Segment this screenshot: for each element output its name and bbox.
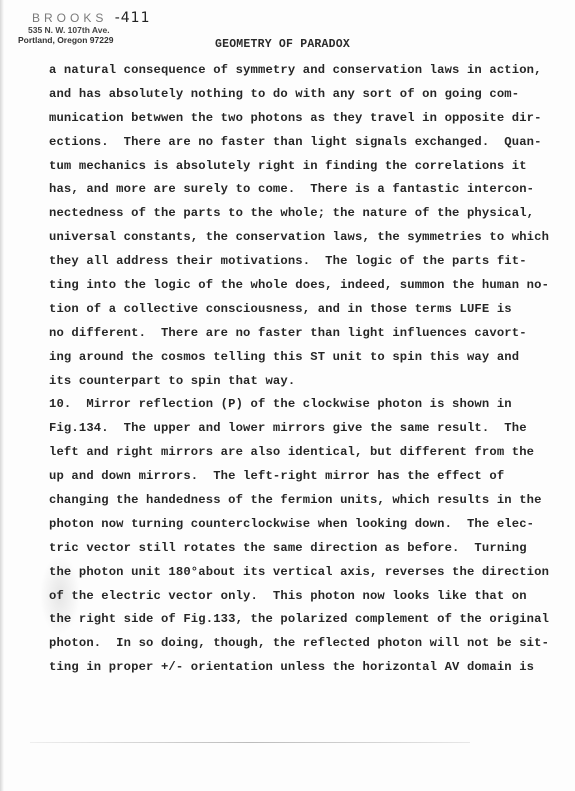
text-line: they all address their motivations. The … bbox=[49, 250, 569, 274]
stamp-name: BROOKS bbox=[32, 11, 107, 25]
address-stamp: BROOKS -411 535 N. W. 107th Ave. Portlan… bbox=[18, 12, 150, 45]
text-line: tric vector still rotates the same direc… bbox=[49, 537, 569, 561]
scan-artifact-line bbox=[30, 742, 470, 743]
text-line: ting in proper +/- orientation unless th… bbox=[49, 656, 569, 680]
text-line: photon now turning counterclockwise when… bbox=[49, 513, 569, 537]
text-line: 10. Mirror reflection (P) of the clockwi… bbox=[49, 393, 569, 417]
text-line: left and right mirrors are also identica… bbox=[49, 441, 569, 465]
page-title: GEOMETRY OF PARADOX bbox=[215, 38, 350, 51]
scan-edge-shadow bbox=[0, 0, 4, 791]
text-line: the photon unit 180°about its vertical a… bbox=[49, 561, 569, 585]
text-line: ting into the logic of the whole does, i… bbox=[49, 274, 569, 298]
text-line: of the electric vector only. This photon… bbox=[49, 585, 569, 609]
text-line: nectedness of the parts to the whole; th… bbox=[49, 202, 569, 226]
text-line: Fig.134. The upper and lower mirrors giv… bbox=[49, 417, 569, 441]
text-line: its counterpart to spin that way. bbox=[49, 370, 569, 394]
text-line: and has absolutely nothing to do with an… bbox=[49, 83, 569, 107]
text-line: up and down mirrors. The left-right mirr… bbox=[49, 465, 569, 489]
text-line: a natural consequence of symmetry and co… bbox=[49, 59, 569, 83]
text-line: tum mechanics is absolutely right in fin… bbox=[49, 155, 569, 179]
document-page: BROOKS -411 535 N. W. 107th Ave. Portlan… bbox=[0, 0, 575, 791]
text-line: tion of a collective consciousness, and … bbox=[49, 298, 569, 322]
text-line: has, and more are surely to come. There … bbox=[49, 178, 569, 202]
text-line: universal constants, the conservation la… bbox=[49, 226, 569, 250]
body-text: a natural consequence of symmetry and co… bbox=[49, 59, 569, 680]
text-line: changing the handedness of the fermion u… bbox=[49, 489, 569, 513]
handwritten-page-number: -411 bbox=[115, 10, 151, 26]
text-line: no different. There are no faster than l… bbox=[49, 322, 569, 346]
text-line: ections. There are no faster than light … bbox=[49, 131, 569, 155]
text-line: munication betwwen the two photons as th… bbox=[49, 107, 569, 131]
stamp-city: Portland, Oregon 97229 bbox=[18, 35, 150, 45]
text-line: photon. In so doing, though, the reflect… bbox=[49, 632, 569, 656]
stamp-name-row: BROOKS -411 bbox=[32, 12, 150, 25]
stamp-address: 535 N. W. 107th Ave. bbox=[28, 25, 150, 35]
text-line: ing around the cosmos telling this ST un… bbox=[49, 346, 569, 370]
text-line: the right side of Fig.133, the polarized… bbox=[49, 608, 569, 632]
